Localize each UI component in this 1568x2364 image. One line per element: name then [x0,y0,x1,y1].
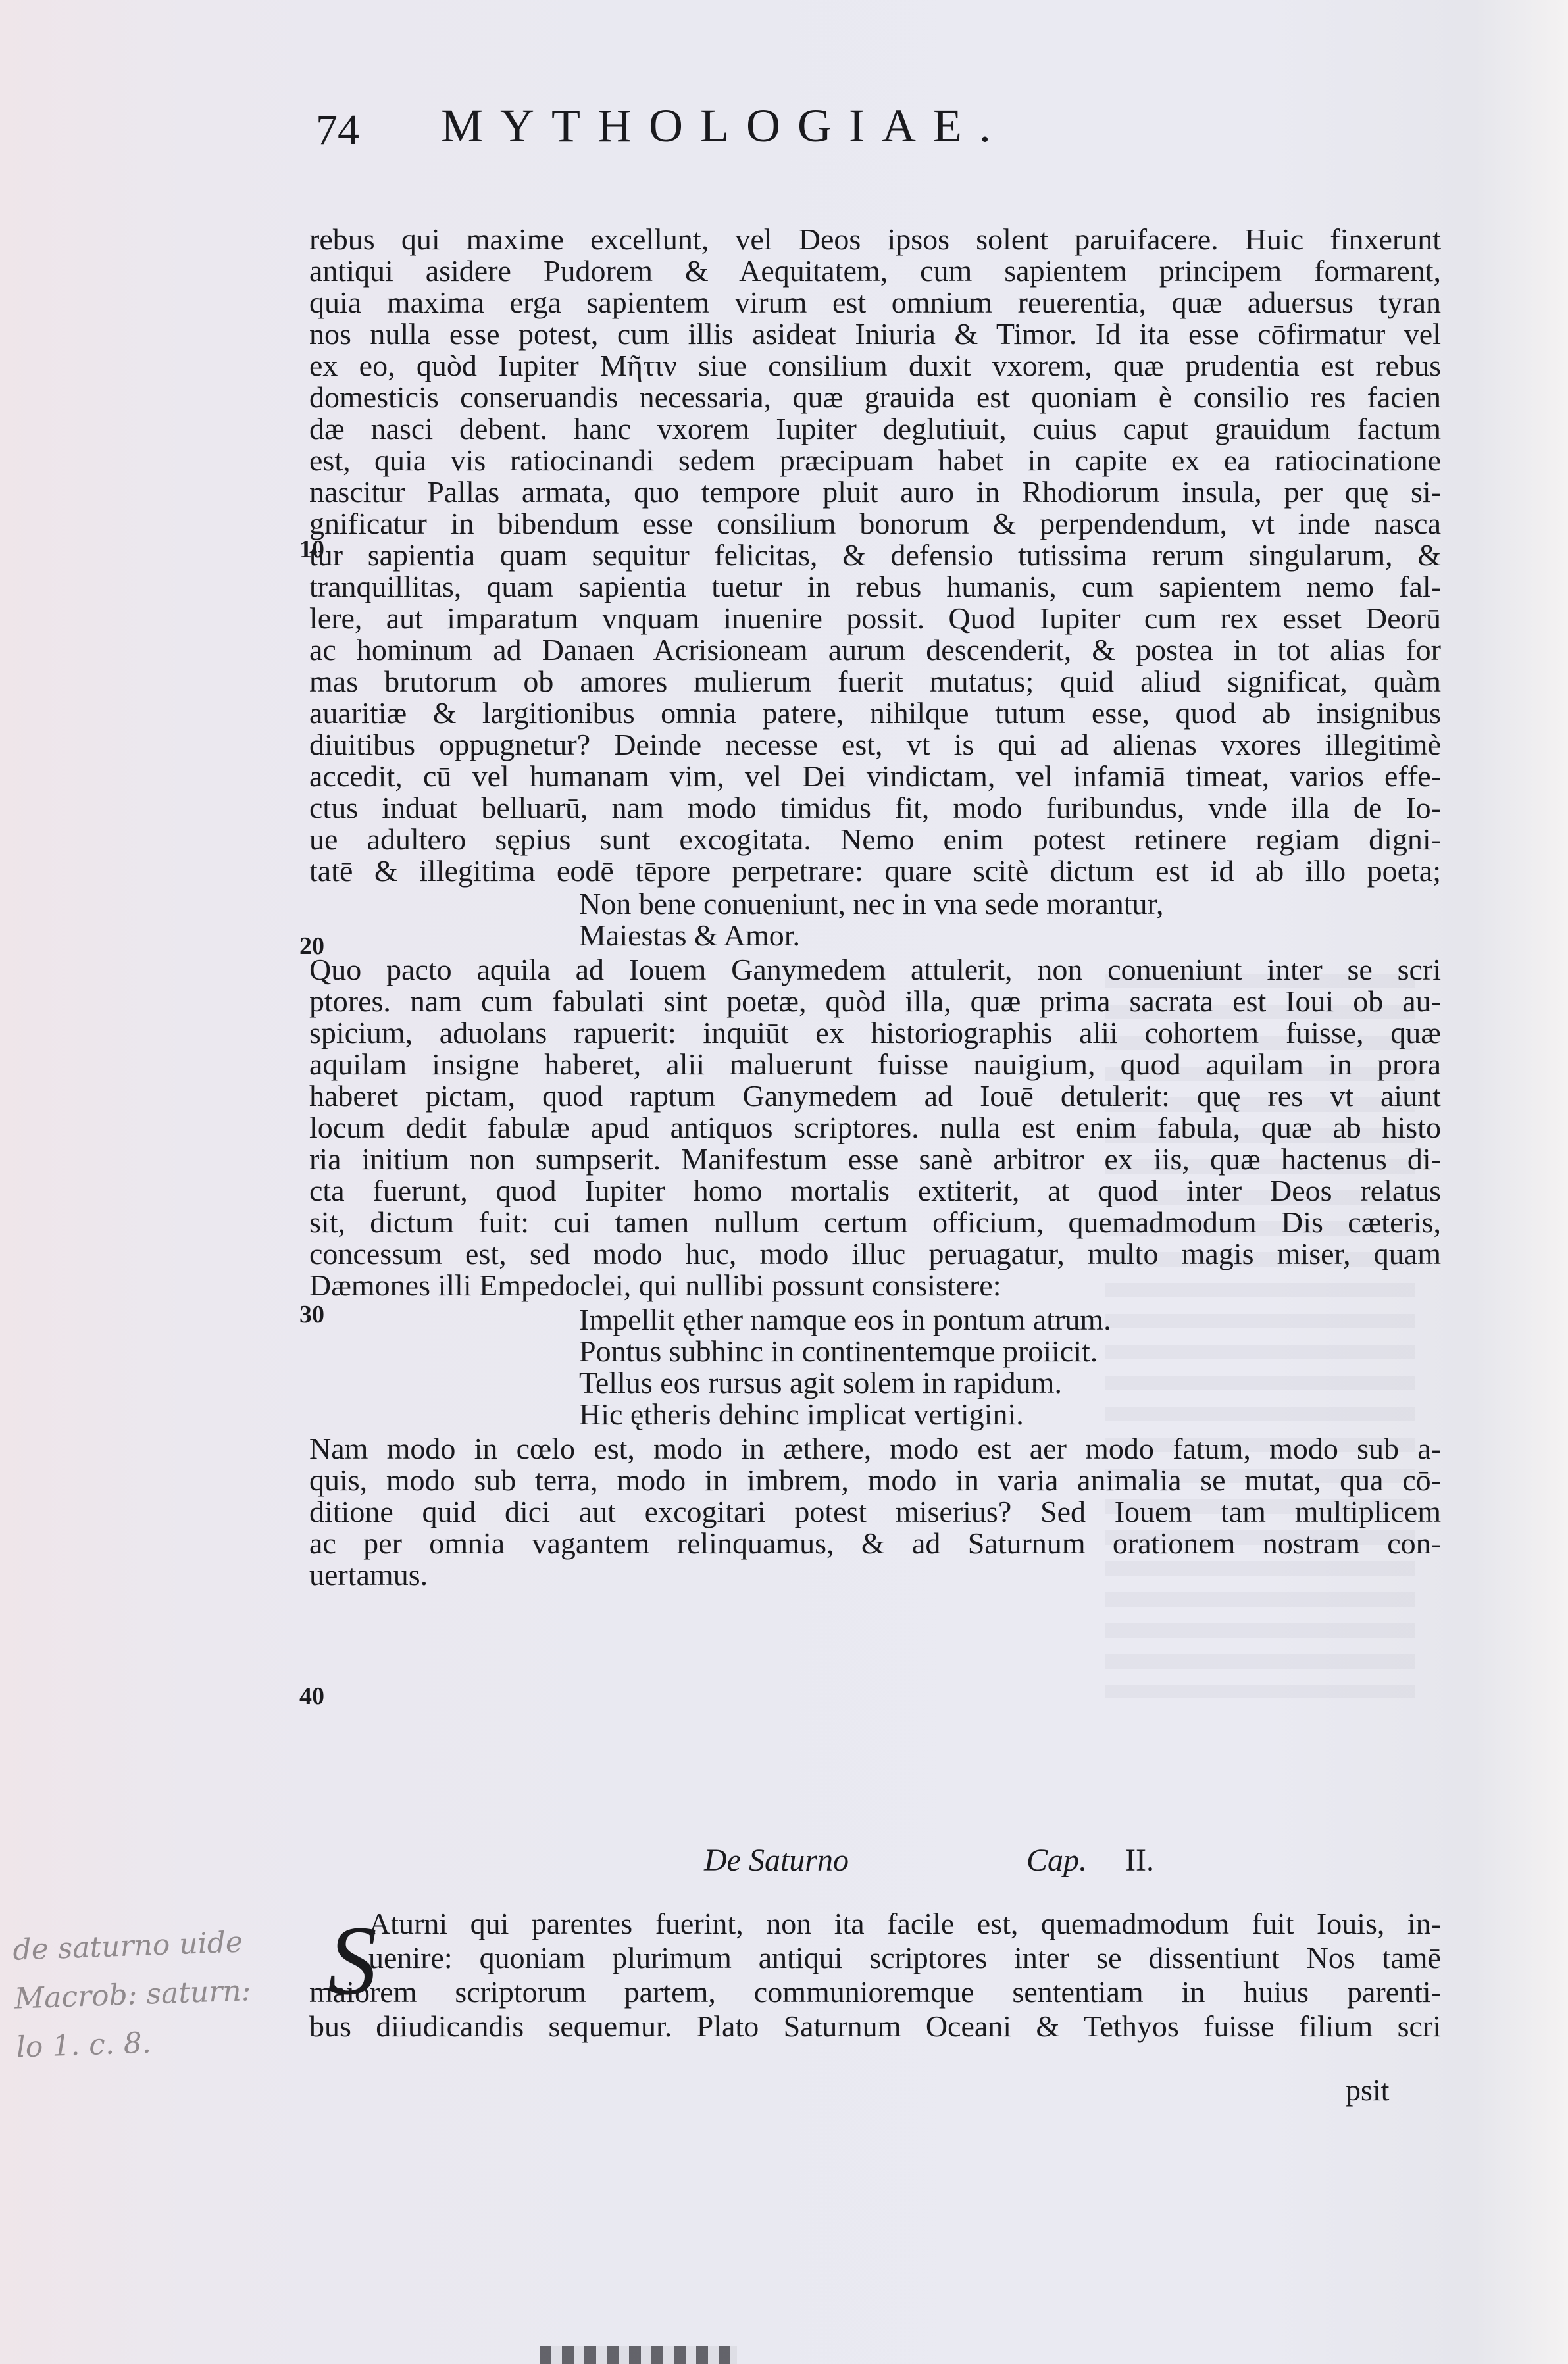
text-line: uenire: quoniam plurimum antiqui scripto… [368,1942,1441,1973]
marginalia-line: lo 1. c. 8. [15,2013,306,2072]
text-line: haberet pictam, quod raptum Ganymedem ad… [309,1080,1441,1111]
page-header: 74 MYTHOLOGIAE. [316,102,1250,161]
text-line: cta fuerunt, quod Iupiter homo mortalis … [309,1175,1441,1206]
text-line: locum dedit fabulæ apud antiquos scripto… [309,1112,1441,1143]
line-number: 20 [299,931,324,962]
chapter-title: De Saturno [704,1843,849,1878]
text-line: ac per omnia vagantem relinquamus, & ad … [309,1528,1441,1559]
text-line: ex eo, quòd Iupiter Μῆτιν siue consilium… [309,350,1441,381]
text-line: mas brutorum ob amores mulierum fuerit m… [309,666,1441,697]
text-line: antiqui asidere Pudorem & Aequitatem, cu… [309,255,1441,286]
running-title: MYTHOLOGIAE. [441,102,1008,149]
chapter-heading: De Saturno Cap. II. [704,1842,849,1878]
text-line: tranquillitas, quam sapientia tuetur in … [309,571,1441,602]
chapter-number: II. [1125,1842,1154,1878]
line-number: 10 [299,534,324,565]
verse-line: Maiestas & Amor. [579,920,800,951]
catchword: psit [1346,2073,1389,2107]
verse-line: Tellus eos rursus agit solem in rapidum. [579,1367,1062,1398]
text-line: uertamus. [309,1559,428,1590]
verse-line: Impellit ęther namque eos in pontum atru… [579,1304,1111,1335]
text-line: aquilam insigne haberet, alii maluerunt … [309,1049,1441,1080]
page-number: 74 [316,109,359,152]
text-line: concessum est, sed modo huc, modo illuc … [309,1238,1441,1269]
text-line: est, quia vis ratiocinandi sedem præcipu… [309,445,1441,476]
text-line: Dæmones illi Empedoclei, qui nullibi pos… [309,1270,1001,1301]
text-line: Quo pacto aquila ad Iouem Ganymedem attu… [309,954,1441,985]
text-line: dæ nasci debent. hanc vxorem Iupiter deg… [309,413,1441,444]
text-line: ue adultero sępius sunt excogitata. Nemo… [309,824,1441,855]
text-line: ditione quid dici aut excogitari potest … [309,1496,1441,1527]
text-line: rebus qui maxime excellunt, vel Deos ips… [309,224,1441,255]
text-line: auaritiæ & largitionibus omnia patere, n… [309,697,1441,728]
handwritten-marginalia: de saturno uide Macrob: saturn: lo 1. c.… [12,1916,306,2072]
text-line: tur sapientia quam sequitur felicitas, &… [309,540,1441,570]
text-line: lere, aut imparatum vnquam inuenire poss… [309,603,1441,634]
chapter-cap-label: Cap. [1026,1842,1087,1878]
text-line: nos nulla esse potest, cum illis asideat… [309,318,1441,349]
line-number: 30 [299,1299,324,1330]
verse-line: Non bene conueniunt, nec in vna sede mor… [579,888,1164,919]
book-page: 74 MYTHOLOGIAE. rebus qui maxime excellu… [0,0,1568,2364]
text-line: accedit, cū vel humanam vim, vel Dei vin… [309,761,1441,792]
verse-line: Hic ętheris dehinc implicat vertigini. [579,1399,1024,1430]
text-line: ac hominum ad Danaen Acrisioneam aurum d… [309,634,1441,665]
text-line: spicium, aduolans rapuerit: inquiūt ex h… [309,1017,1441,1048]
text-line: sit, dictum fuit: cui tamen nullum certu… [309,1207,1441,1238]
text-line: ptores. nam cum fabulati sint poetæ, quò… [309,986,1441,1017]
text-line: Aturni qui parentes fuerint, non ita fac… [368,1908,1441,1939]
text-line: maiorem scriptorum partem, communioremqu… [309,1976,1441,2007]
text-line: nascitur Pallas armata, quo tempore plui… [309,476,1441,507]
text-line: gnificatur in bibendum esse consilium bo… [309,508,1441,539]
line-number: 40 [299,1681,324,1712]
verse-line: Pontus subhinc in continentemque proiici… [579,1336,1098,1367]
text-line: diuitibus oppugnetur? Deinde necesse est… [309,729,1441,760]
text-line: quia maxima erga sapientem virum est omn… [309,287,1441,318]
text-line: bus diiudicandis sequemur. Plato Saturnu… [309,2011,1441,2042]
text-line: ria initium non sumpserit. Manifestum es… [309,1144,1441,1174]
text-line: Nam modo in cœlo est, modo in æthere, mo… [309,1433,1441,1464]
text-line: domesticis conseruandis necessaria, quæ … [309,382,1441,413]
text-line: ctus induat belluarū, nam modo timidus f… [309,792,1441,823]
text-line: tatē & illegitima eodē tēpore perpetrare… [309,855,1441,886]
text-line: quis, modo sub terra, modo in imbrem, mo… [309,1465,1441,1496]
next-page-fragment [540,2346,737,2364]
